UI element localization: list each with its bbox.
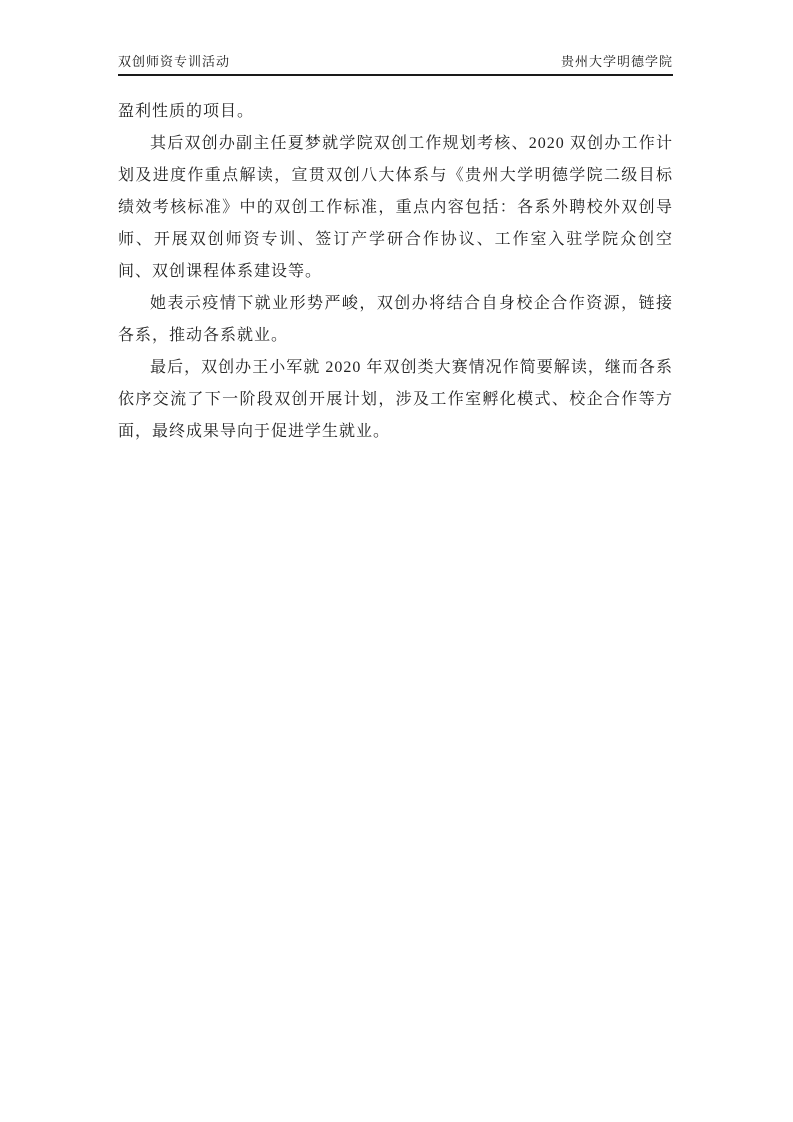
paragraph-continuation: 盈利性质的项目。 (118, 96, 673, 128)
paragraph: 她表示疫情下就业形势严峻，双创办将结合自身校企合作资源，链接各系，推动各系就业。 (118, 288, 673, 352)
document-body: 盈利性质的项目。 其后双创办副主任夏梦就学院双创工作规划考核、2020 双创办工… (118, 96, 673, 448)
paragraph: 其后双创办副主任夏梦就学院双创工作规划考核、2020 双创办工作计划及进度作重点… (118, 128, 673, 288)
header-left-title: 双创师资专训活动 (118, 53, 230, 70)
page-header: 双创师资专训活动 贵州大学明德学院 (118, 53, 673, 76)
paragraph: 最后，双创办王小军就 2020 年双创类大赛情况作简要解读，继而各系依序交流了下… (118, 352, 673, 448)
header-right-title: 贵州大学明德学院 (561, 53, 673, 70)
document-page: 双创师资专训活动 贵州大学明德学院 盈利性质的项目。 其后双创办副主任夏梦就学院… (0, 0, 793, 1122)
